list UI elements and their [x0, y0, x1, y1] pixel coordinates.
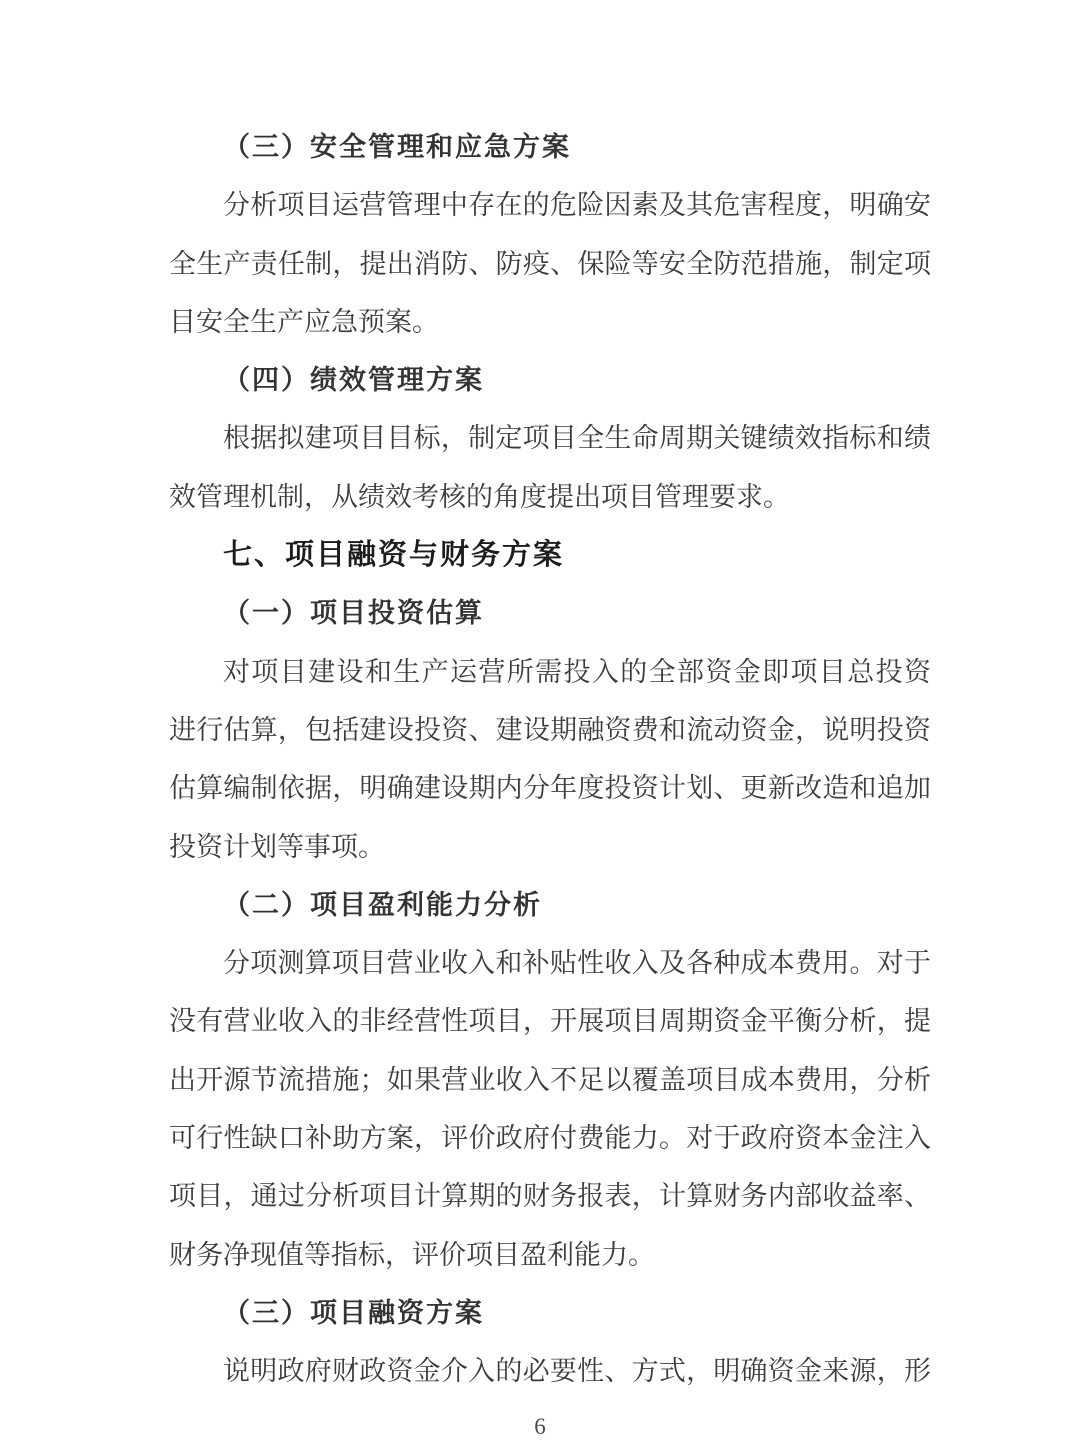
subsection-heading-1-investment: （一）项目投资估算: [169, 584, 931, 642]
body-line: 可行性缺口补助方案，评价政府付费能力。对于政府资本金注入: [169, 1109, 931, 1167]
body-line: 没有营业收入的非经营性项目，开展项目周期资金平衡分析，提: [169, 992, 931, 1050]
body-line: 对项目建设和生产运营所需投入的全部资金即项目总投资: [169, 643, 931, 701]
body-line: 根据拟建项目目标，制定项目全生命周期关键绩效指标和绩: [169, 409, 931, 467]
subsection-heading-3-finance-plan: （三）项目融资方案: [169, 1284, 931, 1342]
body-line: 出开源节流措施；如果营业收入不足以覆盖项目成本费用，分析: [169, 1051, 931, 1109]
body-line: 估算编制依据，明确建设期内分年度投资计划、更新改造和追加: [169, 759, 931, 817]
body-line: 分项测算项目营业收入和补贴性收入及各种成本费用。对于: [169, 934, 931, 992]
subsection-heading-2-profit: （二）项目盈利能力分析: [169, 876, 931, 934]
body-line: 说明政府财政资金介入的必要性、方式，明确资金来源，形: [169, 1342, 931, 1400]
page-number: 6: [0, 1410, 1080, 1444]
subsection-heading-3-safety: （三）安全管理和应急方案: [169, 118, 931, 176]
body-line: 进行估算，包括建设投资、建设期融资费和流动资金，说明投资: [169, 701, 931, 759]
document-body: （三）安全管理和应急方案分析项目运营管理中存在的危险因素及其危害程度，明确安全生…: [169, 118, 931, 1401]
body-line: 财务净现值等指标，评价项目盈利能力。: [169, 1226, 931, 1284]
body-line: 全生产责任制，提出消防、防疫、保险等安全防范措施，制定项: [169, 235, 931, 293]
body-line: 目安全生产应急预案。: [169, 293, 931, 351]
body-line: 项目，通过分析项目计算期的财务报表，计算财务内部收益率、: [169, 1167, 931, 1225]
body-line: 投资计划等事项。: [169, 818, 931, 876]
body-line: 分析项目运营管理中存在的危险因素及其危害程度，明确安: [169, 176, 931, 234]
document-page: （三）安全管理和应急方案分析项目运营管理中存在的危险因素及其危害程度，明确安全生…: [0, 0, 1080, 1450]
subsection-heading-4-performance: （四）绩效管理方案: [169, 351, 931, 409]
section-heading-7-financing: 七、项目融资与财务方案: [169, 526, 931, 584]
body-line: 效管理机制，从绩效考核的角度提出项目管理要求。: [169, 468, 931, 526]
